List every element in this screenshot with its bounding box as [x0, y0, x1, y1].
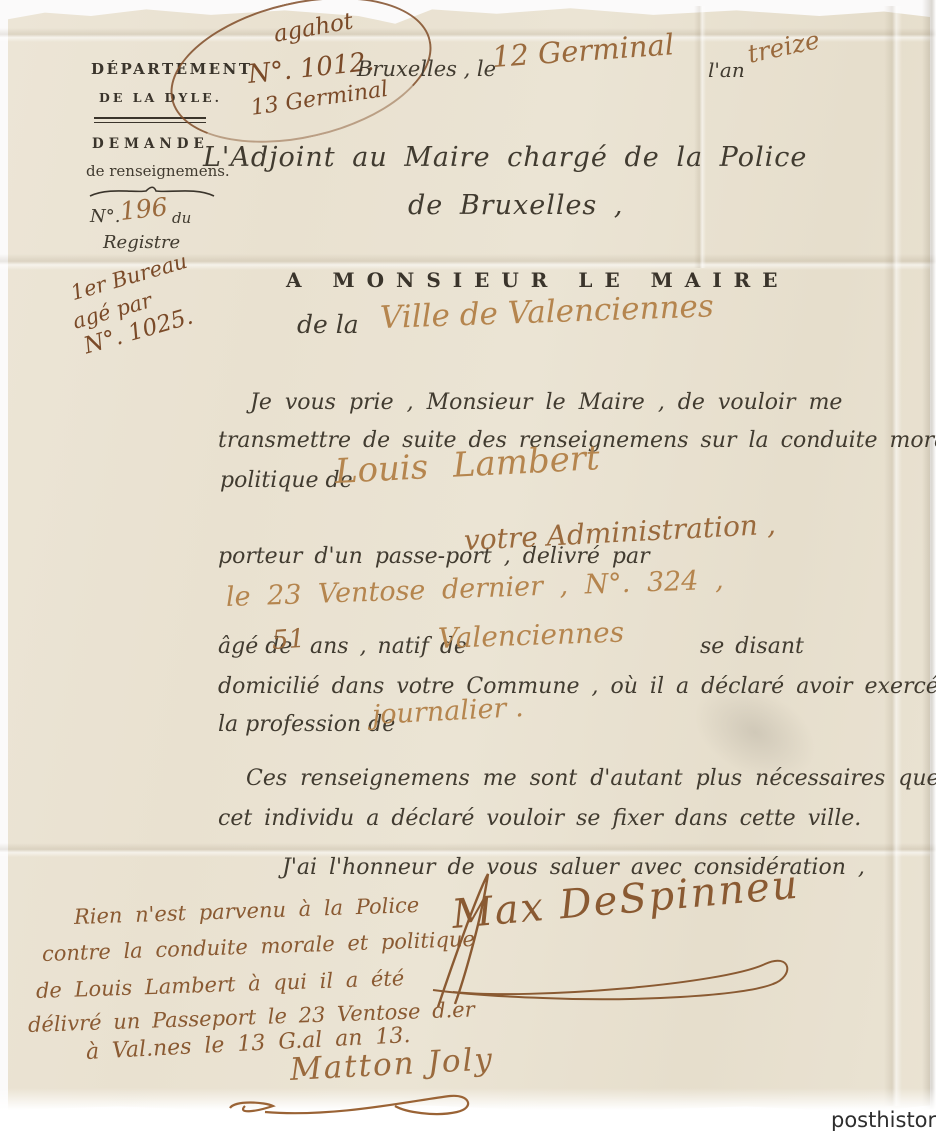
scan-edge-shadow	[922, 0, 936, 1131]
body-p4-line2: cet individu a déclaré vouloir se fixer …	[218, 806, 861, 831]
fold-crease-vertical-top	[694, 6, 706, 268]
form-demande-line1: DEMANDE	[92, 136, 209, 152]
registre-no-label: N°.	[90, 206, 120, 227]
body-p3-line3-printed: la profession de	[218, 712, 395, 737]
body-p3-se-disant: se disant	[700, 634, 804, 659]
addressee-de-la-printed: de la	[297, 310, 359, 339]
dateline-year-label: l'an	[708, 58, 745, 82]
watermark-text: posthistorie	[831, 1108, 936, 1131]
scanned-letter-page: DÉPARTEMENT DE LA DYLE. DEMANDE de rense…	[0, 0, 936, 1131]
age-handwritten: 51	[271, 624, 306, 656]
clerk-signature-flourish	[225, 1082, 485, 1122]
body-p3-line2: domicilié dans votre Commune , où il a d…	[218, 674, 936, 699]
sender-line2: de Bruxelles ,	[408, 190, 623, 221]
body-p1-line3-printed: politique de	[220, 468, 353, 493]
fold-crease-vertical-right	[884, 6, 902, 1106]
birthplace-handwritten: Valenciennes	[437, 616, 624, 655]
registre-number-handwritten: 196	[118, 192, 168, 226]
addressee-title-printed: A MONSIEUR LE MAIRE	[286, 268, 790, 292]
registre-label: Registre	[103, 232, 180, 253]
registre-du-label: du	[172, 209, 191, 227]
dateline-place-label: Bruxelles , le	[357, 57, 496, 81]
sender-line1: L'Adjoint au Maire chargé de la Police	[203, 142, 807, 173]
body-p1-line1: Je vous prie , Monsieur le Maire , de vo…	[250, 390, 842, 415]
body-p4-line1: Ces renseignemens me sont d'autant plus …	[246, 766, 936, 791]
